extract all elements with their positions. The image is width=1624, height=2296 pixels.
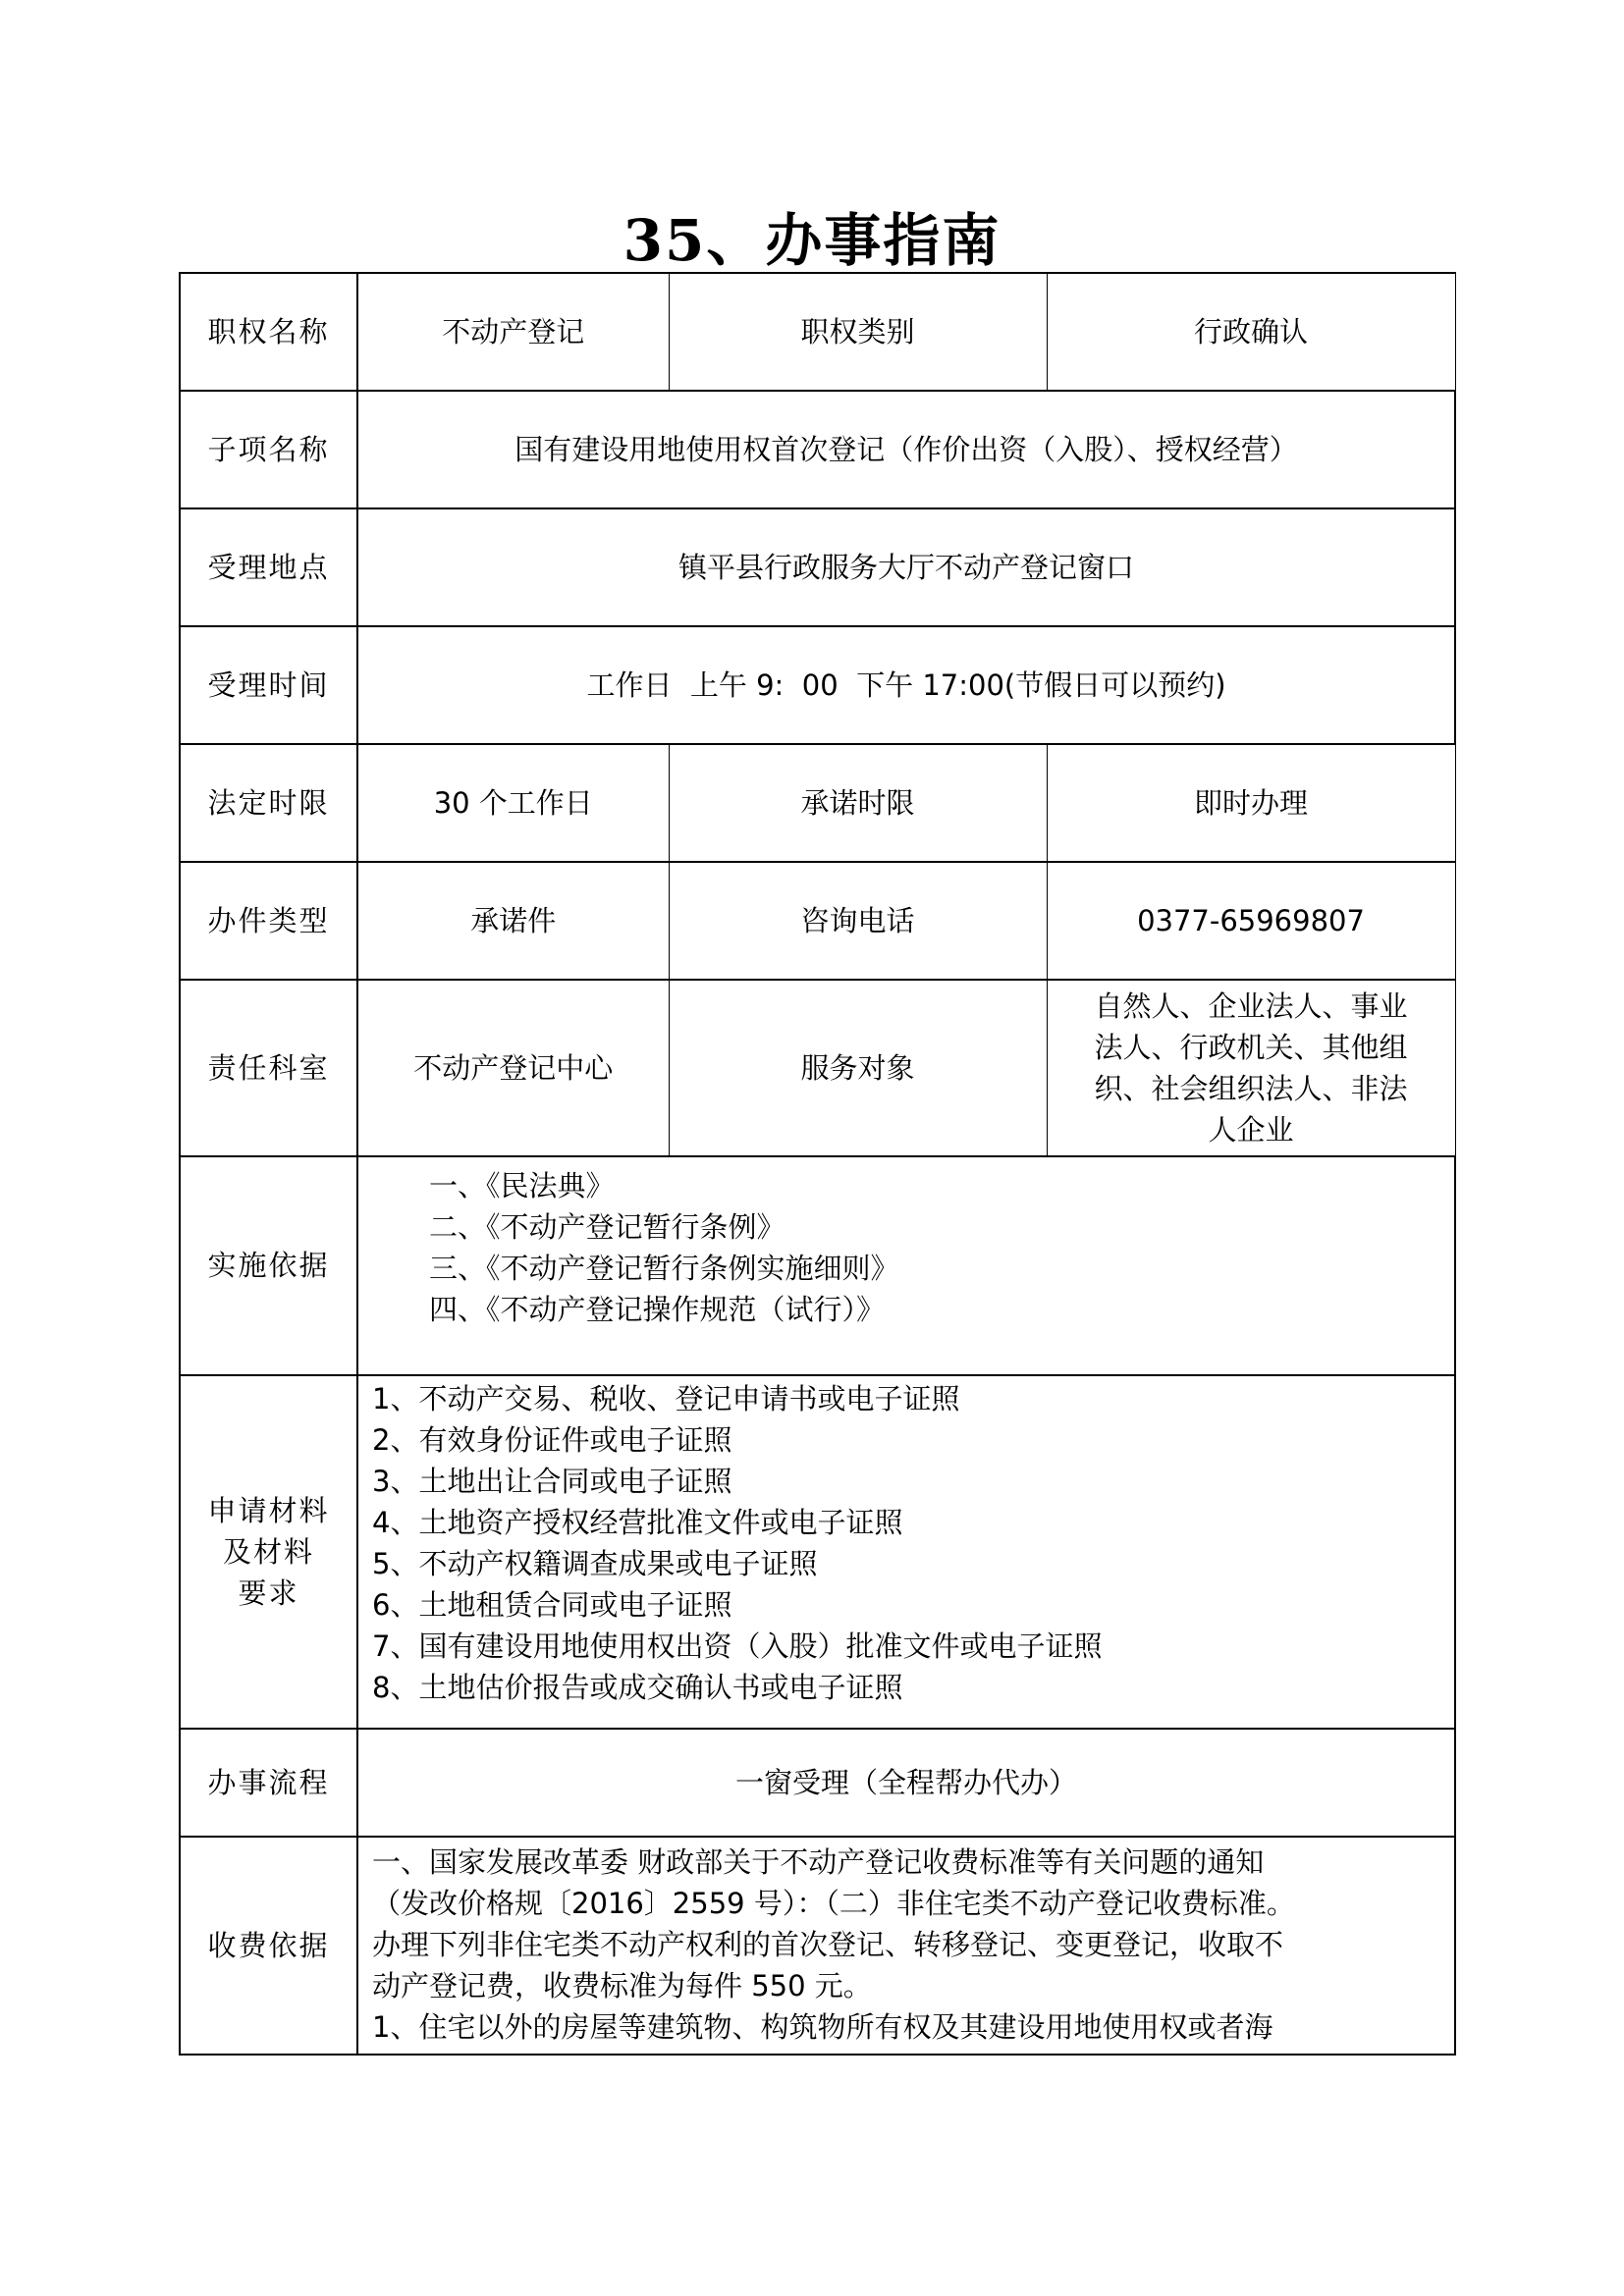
basis-item: 二、《不动产登记暂行条例》	[429, 1206, 1446, 1248]
authority-name-value: 不动产登记	[357, 273, 669, 391]
row-materials: 申请材料 及材料 要求 1、不动产交易、税收、登记申请书或电子证照 2、有效身份…	[180, 1375, 1455, 1729]
fee-basis-line: 一、国家发展改革委 财政部关于不动产登记收费标准等有关问题的通知	[372, 1842, 1440, 1883]
authority-name-label: 职权名称	[180, 273, 357, 391]
time-value: 工作日 上午 9: 00 下午 17:00(节假日可以预约)	[357, 626, 1455, 744]
legal-limit-label: 法定时限	[180, 744, 357, 862]
service-target-label: 服务对象	[669, 980, 1047, 1156]
basis-label: 实施依据	[180, 1156, 357, 1375]
time-label: 受理时间	[180, 626, 357, 744]
row-authority: 职权名称 不动产登记 职权类别 行政确认	[180, 273, 1455, 391]
service-target-line: 织、社会组织法人、非法	[1056, 1068, 1447, 1109]
fee-basis-line: 办理下列非住宅类不动产权利的首次登记、转移登记、变更登记，收取不	[372, 1924, 1440, 1965]
department-value: 不动产登记中心	[357, 980, 669, 1156]
case-type-label: 办件类型	[180, 862, 357, 980]
fee-basis-text: 一、国家发展改革委 财政部关于不动产登记收费标准等有关问题的通知 （发改价格规〔…	[357, 1837, 1455, 2055]
row-limits: 法定时限 30 个工作日 承诺时限 即时办理	[180, 744, 1455, 862]
row-process: 办事流程 一窗受理（全程帮办代办）	[180, 1729, 1455, 1837]
case-type-value: 承诺件	[357, 862, 669, 980]
basis-item: 一、《民法典》	[429, 1165, 1446, 1206]
row-department: 责任科室 不动产登记中心 服务对象 自然人、企业法人、事业 法人、行政机关、其他…	[180, 980, 1455, 1156]
department-label: 责任科室	[180, 980, 357, 1156]
row-subitem: 子项名称 国有建设用地使用权首次登记（作价出资（入股）、授权经营）	[180, 391, 1455, 508]
row-time: 受理时间 工作日 上午 9: 00 下午 17:00(节假日可以预约)	[180, 626, 1455, 744]
material-item: 5、不动产权籍调查成果或电子证照	[372, 1543, 1446, 1584]
service-target-value: 自然人、企业法人、事业 法人、行政机关、其他组 织、社会组织法人、非法 人企业	[1047, 980, 1455, 1156]
material-item: 6、土地租赁合同或电子证照	[372, 1584, 1446, 1626]
fee-basis-label: 收费依据	[180, 1837, 357, 2055]
service-target-line: 人企业	[1056, 1109, 1447, 1150]
materials-label-line: 申请材料	[189, 1490, 349, 1531]
subitem-value: 国有建设用地使用权首次登记（作价出资（入股）、授权经营）	[357, 391, 1455, 508]
materials-label: 申请材料 及材料 要求	[180, 1375, 357, 1729]
promise-limit-label: 承诺时限	[669, 744, 1047, 862]
basis-item: 三、《不动产登记暂行条例实施细则》	[429, 1248, 1446, 1289]
materials-label-line: 要求	[189, 1573, 349, 1614]
phone-label: 咨询电话	[669, 862, 1047, 980]
service-target-line: 法人、行政机关、其他组	[1056, 1027, 1447, 1068]
material-item: 2、有效身份证件或电子证照	[372, 1419, 1446, 1461]
material-item: 8、土地估价报告或成交确认书或电子证照	[372, 1667, 1446, 1708]
row-location: 受理地点 镇平县行政服务大厅不动产登记窗口	[180, 508, 1455, 626]
process-label: 办事流程	[180, 1729, 357, 1837]
fee-basis-line: 1、住宅以外的房屋等建筑物、构筑物所有权及其建设用地使用权或者海	[372, 2006, 1440, 2048]
row-basis: 实施依据 一、《民法典》 二、《不动产登记暂行条例》 三、《不动产登记暂行条例实…	[180, 1156, 1455, 1375]
authority-type-value: 行政确认	[1047, 273, 1455, 391]
page-title: 35、办事指南	[0, 194, 1624, 277]
materials-label-line: 及材料	[189, 1531, 349, 1573]
service-guide-table: 职权名称 不动产登记 职权类别 行政确认 子项名称 国有建设用地使用权首次登记（…	[179, 272, 1456, 2056]
process-value: 一窗受理（全程帮办代办）	[357, 1729, 1455, 1837]
fee-basis-line: （发改价格规〔2016〕2559 号）：（二）非住宅类不动产登记收费标准。	[372, 1883, 1440, 1924]
material-item: 4、土地资产授权经营批准文件或电子证照	[372, 1502, 1446, 1543]
subitem-label: 子项名称	[180, 391, 357, 508]
legal-limit-value: 30 个工作日	[357, 744, 669, 862]
row-case-type: 办件类型 承诺件 咨询电话 0377-65969807	[180, 862, 1455, 980]
fee-basis-line: 动产登记费，收费标准为每件 550 元。	[372, 1965, 1440, 2006]
basis-item: 四、《不动产登记操作规范（试行）》	[429, 1289, 1446, 1330]
material-item: 3、土地出让合同或电子证照	[372, 1461, 1446, 1502]
location-label: 受理地点	[180, 508, 357, 626]
row-fee-basis: 收费依据 一、国家发展改革委 财政部关于不动产登记收费标准等有关问题的通知 （发…	[180, 1837, 1455, 2055]
materials-list: 1、不动产交易、税收、登记申请书或电子证照 2、有效身份证件或电子证照 3、土地…	[357, 1375, 1455, 1729]
service-target-line: 自然人、企业法人、事业	[1056, 986, 1447, 1027]
phone-value: 0377-65969807	[1047, 862, 1455, 980]
material-item: 1、不动产交易、税收、登记申请书或电子证照	[372, 1378, 1446, 1419]
basis-list: 一、《民法典》 二、《不动产登记暂行条例》 三、《不动产登记暂行条例实施细则》 …	[357, 1156, 1455, 1375]
promise-limit-value: 即时办理	[1047, 744, 1455, 862]
authority-type-label: 职权类别	[669, 273, 1047, 391]
location-value: 镇平县行政服务大厅不动产登记窗口	[357, 508, 1455, 626]
material-item: 7、国有建设用地使用权出资（入股）批准文件或电子证照	[372, 1626, 1446, 1667]
